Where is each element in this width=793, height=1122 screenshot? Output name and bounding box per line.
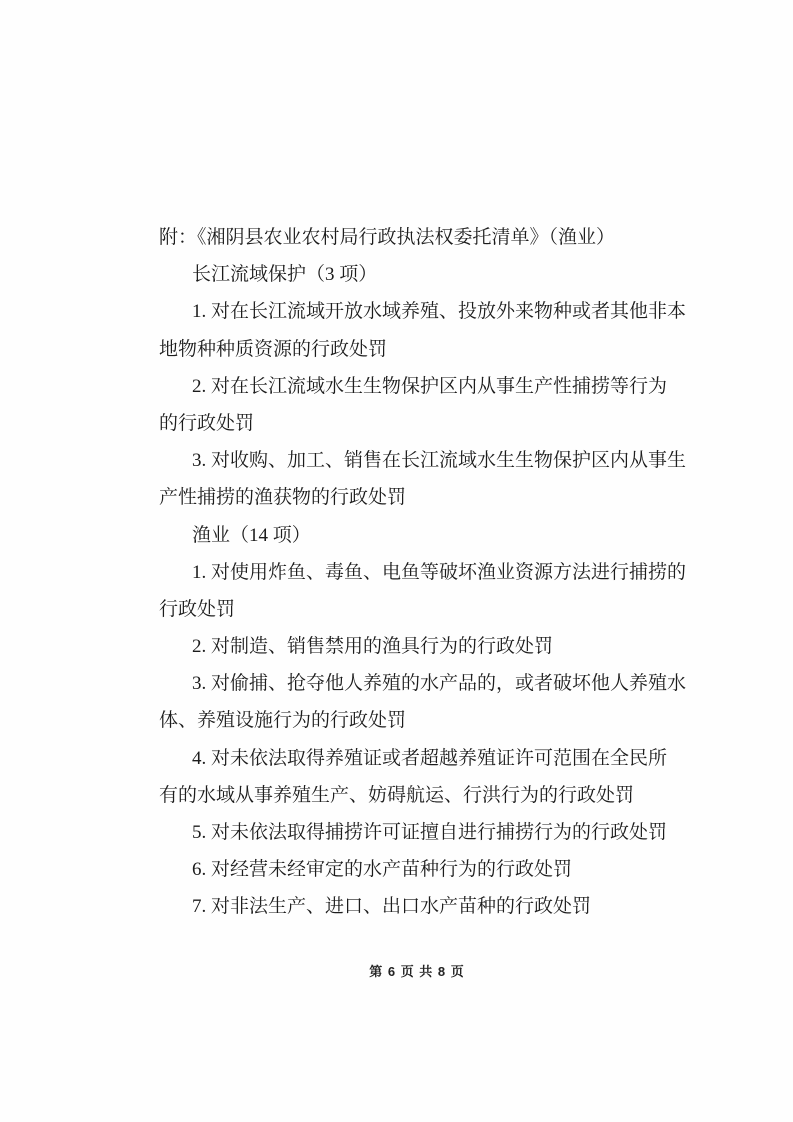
document-body: 附：《湘阴县农业农村局行政执法权委托清单》（渔业）长江流域保护（3 项）1. 对…	[159, 219, 675, 926]
text-line: 1. 对在长江流域开放水域养殖、投放外来物种或者其他非本	[159, 293, 675, 330]
text-line: 地物种种质资源的行政处罚	[159, 331, 675, 368]
document-page: 附：《湘阴县农业农村局行政执法权委托清单》（渔业）长江流域保护（3 项）1. 对…	[0, 0, 793, 1122]
text-line: 3. 对偷捕、抢夺他人养殖的水产品的，或者破坏他人养殖水	[159, 665, 675, 702]
text-line: 体、养殖设施行为的行政处罚	[159, 702, 675, 739]
text-line: 7. 对非法生产、进口、出口水产苗种的行政处罚	[159, 888, 675, 925]
text-line: 行政处罚	[159, 591, 675, 628]
text-line: 6. 对经营未经审定的水产苗种行为的行政处罚	[159, 851, 675, 888]
page-number-label: 第 6 页 共 8 页	[369, 964, 465, 979]
page-footer: 第 6 页 共 8 页	[159, 961, 675, 980]
text-line: 2. 对制造、销售禁用的渔具行为的行政处罚	[159, 628, 675, 665]
text-line: 2. 对在长江流域水生生物保护区内从事生产性捕捞等行为	[159, 368, 675, 405]
text-line: 长江流域保护（3 项）	[159, 256, 675, 293]
text-line: 附：《湘阴县农业农村局行政执法权委托清单》（渔业）	[159, 219, 675, 256]
text-line: 有的水域从事养殖生产、妨碍航运、行洪行为的行政处罚	[159, 777, 675, 814]
text-line: 的行政处罚	[159, 405, 675, 442]
text-line: 4. 对未依法取得养殖证或者超越养殖证许可范围在全民所	[159, 740, 675, 777]
text-line: 渔业（14 项）	[159, 517, 675, 554]
text-line: 5. 对未依法取得捕捞许可证擅自进行捕捞行为的行政处罚	[159, 814, 675, 851]
text-line: 1. 对使用炸鱼、毒鱼、电鱼等破坏渔业资源方法进行捕捞的	[159, 554, 675, 591]
text-line: 产性捕捞的渔获物的行政处罚	[159, 479, 675, 516]
text-line: 3. 对收购、加工、销售在长江流域水生生物保护区内从事生	[159, 442, 675, 479]
